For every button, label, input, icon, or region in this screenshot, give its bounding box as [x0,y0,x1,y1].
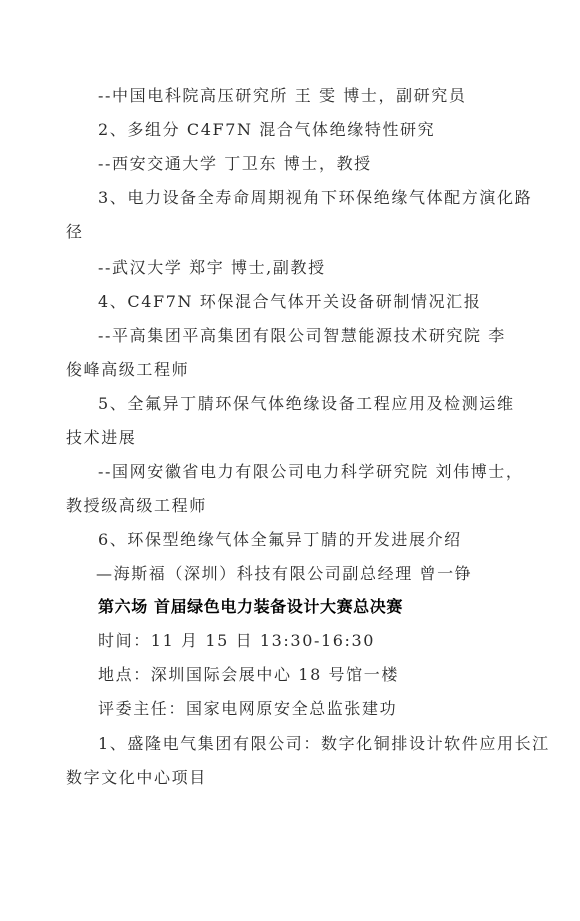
topic-line: 6、环保型绝缘气体全氟异丁腈的开发进展介绍 [98,530,462,550]
speaker-line: --武汉大学 郑宇 博士,副教授 [98,258,326,278]
topic-line: 5、全氟异丁腈环保气体绝缘设备工程应用及检测运维 [98,394,515,414]
topic-line: 3、电力设备全寿命周期视角下环保绝缘气体配方演化路 [98,188,532,208]
session-judge-chair: 评委主任：国家电网原安全总监张建功 [98,699,397,719]
document-page: --中国电科院高压研究所 王 雯 博士，副研究员 2、多组分 C4F7N 混合气… [0,0,580,921]
continuation-line: 技术进展 [66,428,136,448]
speaker-line: --国网安徽省电力有限公司电力科学研究院 刘伟博士， [98,462,524,482]
topic-line: 1、盛隆电气集团有限公司：数字化铜排设计软件应用长江 [98,734,550,754]
speaker-line: —海斯福（深圳）科技有限公司副总经理 曾一铮 [96,564,472,584]
topic-line: 2、多组分 C4F7N 混合气体绝缘特性研究 [98,120,435,140]
session-heading: 第六场 首届绿色电力装备设计大赛总决赛 [98,597,403,617]
speaker-line: --中国电科院高压研究所 王 雯 博士，副研究员 [98,86,466,106]
continuation-line: 教授级高级工程师 [66,496,207,516]
session-time: 时间：11 月 15 日 13:30-16:30 [98,631,375,651]
speaker-line: --西安交通大学 丁卫东 博士，教授 [98,154,372,174]
continuation-line: 径 [66,222,84,242]
session-location: 地点：深圳国际会展中心 18 号馆一楼 [98,665,399,685]
continuation-line: 俊峰高级工程师 [66,360,189,380]
speaker-line: --平高集团平高集团有限公司智慧能源技术研究院 李 [98,326,506,346]
topic-line: 4、C4F7N 环保混合气体开关设备研制情况汇报 [98,292,481,312]
continuation-line: 数字文化中心项目 [66,768,207,788]
